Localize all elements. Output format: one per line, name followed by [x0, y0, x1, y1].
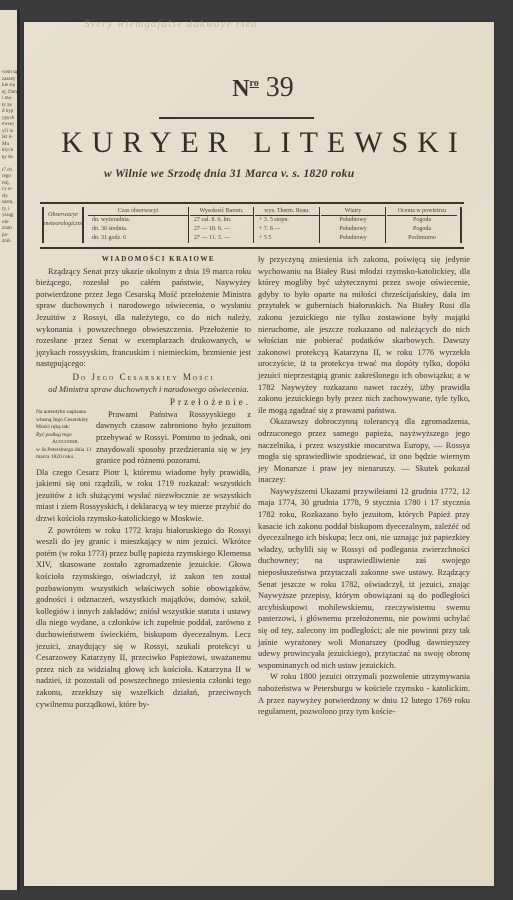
- article-paragraph: ły przyczyną zniesienia ich zakonu, pośw…: [258, 254, 470, 416]
- issue-number: Nro 39: [24, 72, 494, 104]
- article-paragraph: Prawami Państwa Rossyyskiego z dawnych c…: [96, 409, 251, 467]
- newspaper-page: Svery wiemgafalse dakwaye tseo Nro 39 KU…: [24, 22, 494, 886]
- article-paragraph: Dla czego Cesarz Piotr I, któremu wiadom…: [36, 467, 251, 525]
- article-paragraph: Okazawszy dobroczynną tolerancyą dla zgr…: [258, 416, 470, 486]
- issue-number-prefix: Nro: [232, 76, 259, 102]
- weather-row-label: Obserwacye meteorologiczne: [42, 207, 84, 243]
- memorandum-title: Przełożenie.: [96, 397, 251, 409]
- masthead-title: KURYER LITEWSKI: [24, 126, 484, 160]
- memorandum-block: Na autentyku napisano własną Jego Cesars…: [36, 397, 251, 467]
- weather-col-sky: Ocenia w powietrzu Pogoda Pogoda Pochmur…: [387, 207, 457, 243]
- section-heading: WIADOMOŚCI KRAIOWE: [66, 254, 251, 266]
- article-paragraph: Rządzący Senat przy ukazie okolnym z dni…: [36, 266, 251, 370]
- dateline: w Wilnie we Srzodę dnia 31 Marca v. s. 1…: [104, 168, 354, 180]
- article-paragraph: Naywyższemi Ukazami przywileiami 12 grud…: [258, 486, 470, 672]
- issue-number-value: 39: [266, 72, 294, 103]
- weather-col-barometer: Wysokość Barom. 27 cal. 8. 6. lin. 27 — …: [190, 207, 254, 243]
- title-divider: [159, 117, 314, 119]
- address-heading: Do Jego Cesarskiey Mości: [36, 372, 251, 384]
- margin-note: Na autentyku napisano własną Jego Cesars…: [36, 397, 92, 467]
- handwritten-note: Svery wiemgafalse dakwaye tseo: [84, 18, 464, 30]
- weather-table: Obserwacye meteorologiczne Czas obserwac…: [40, 202, 464, 249]
- article-paragraph: W roku 1800 jezuici otrzymali pozwolenie…: [258, 671, 470, 717]
- address-subheading: od Ministra spraw duchownych i narodoweg…: [36, 384, 251, 396]
- article-column-left: WIADOMOŚCI KRAIOWE Rządzący Senat przy u…: [36, 254, 251, 710]
- article-paragraph: Z powrótem w roku 1772 kraju białoruskie…: [36, 525, 251, 711]
- previous-page-edge: ciem sązaszeykie sięej, Domi ma-ły zad h…: [0, 10, 20, 890]
- article-column-right: ły przyczyną zniesienia ich zakonu, pośw…: [258, 254, 470, 718]
- weather-col-thermometer: wys. Therm. Reau. + 3. 5 stopn. + 7. 8 —…: [255, 207, 320, 243]
- weather-col-wind: Wiatry Połudnowy Połudnowy Połudnowy: [321, 207, 386, 243]
- weather-col-time: Czas obserwacyi dn. wyżeradnia. dn. 30 ś…: [88, 207, 189, 243]
- weather-table-border: [460, 207, 462, 243]
